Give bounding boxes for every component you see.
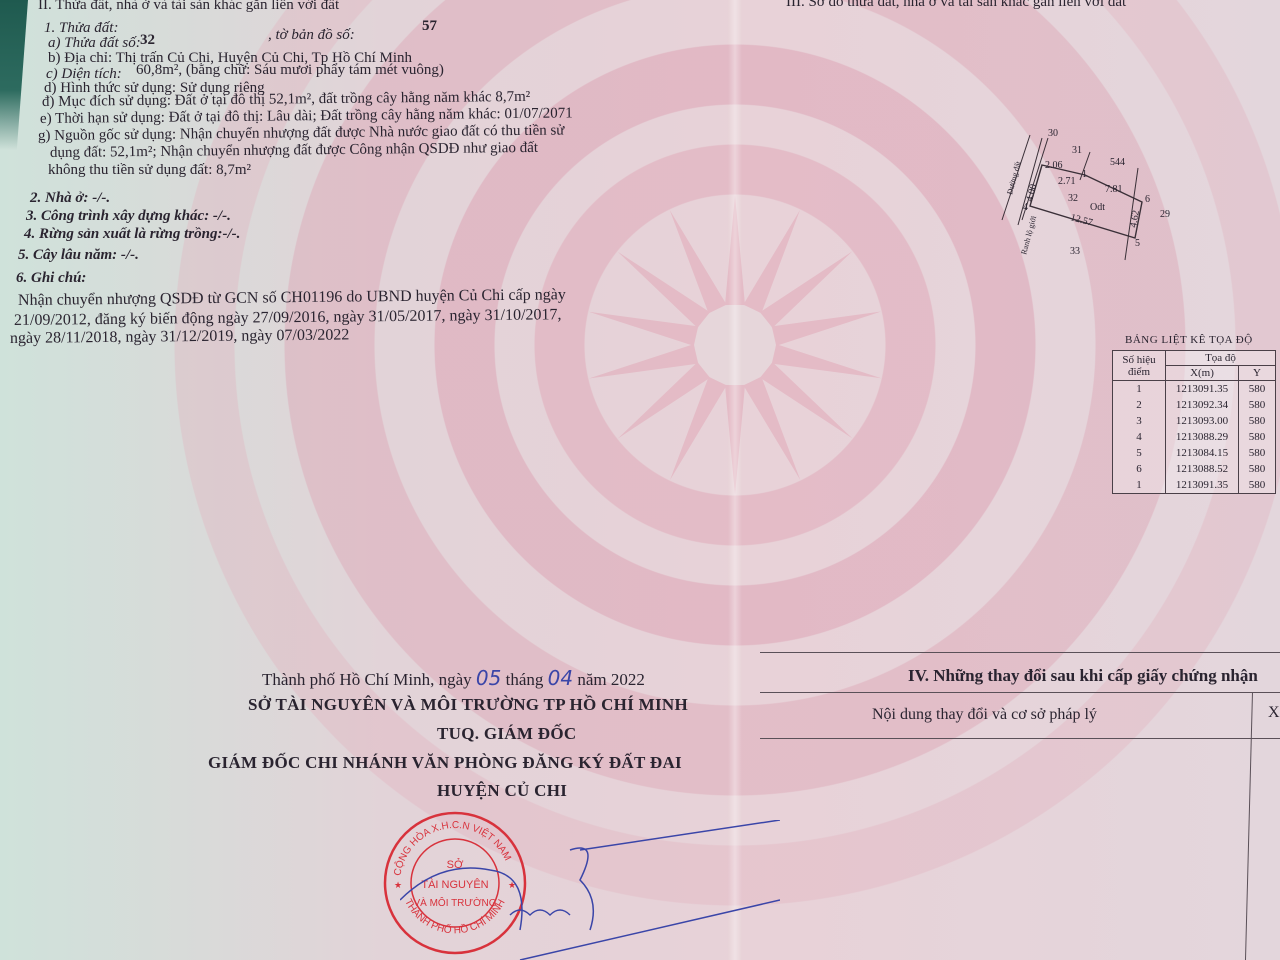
coord-row: 31213093.00580 [1113,413,1276,429]
plot-label-edge-c: 7.81 [1105,184,1123,195]
section3-title: III. Sơ đồ thửa đất, nhà ở và tài sản kh… [786,0,1126,11]
coord-cell-y: 580 [1239,413,1276,429]
section2-title: II. Thửa đất, nhà ở và tài sản khác gắn … [38,0,339,14]
coord-cell-x: 1213084.15 [1166,445,1239,461]
coord-cell-x: 1213093.00 [1166,413,1239,429]
plot-label-neighbor-544: 544 [1110,157,1125,168]
notes-heading: 6. Ghi chú: [16,270,86,287]
coord-cell-y: 580 [1239,477,1276,494]
date-year-label: năm [577,670,606,689]
coord-cell-x: 1213091.35 [1166,381,1239,398]
coord-col-point: Số hiệu điểm [1113,351,1166,381]
plot-label-land-code: Odt [1090,202,1105,213]
coord-cell-point: 5 [1113,445,1166,461]
coord-row: 61213088.52580 [1113,461,1276,477]
coord-cell-point: 1 [1113,381,1166,398]
section4-changes: IV. Những thay đổi sau khi cấp giấy chứn… [760,652,1280,960]
page-fold [728,0,742,960]
coord-col-y: Y [1239,366,1276,381]
coord-col-coord: Tọa độ [1166,351,1276,366]
coord-col-x: X(m) [1166,366,1239,381]
issuing-agency: SỞ TÀI NGUYÊN VÀ MÔI TRƯỜNG TP HỒ CHÍ MI… [248,695,688,715]
svg-text:SỞ: SỞ [447,858,464,871]
coord-cell-x: 1213088.52 [1166,461,1239,477]
coord-cell-point: 2 [1113,397,1166,413]
origin-line-3: không thu tiền sử dụng đất: 8,7m² [48,162,251,179]
coord-cell-x: 1213088.29 [1166,429,1239,445]
coord-table-body: 11213091.3558021213092.3458031213093.005… [1113,381,1276,494]
coord-cell-y: 580 [1239,381,1276,398]
coord-row: 21213092.34580 [1113,397,1276,413]
section4-row-rule [760,738,1280,739]
plot-road-label: Đường đất [1005,159,1023,195]
section4-header-rule [760,692,1280,693]
coord-row: 11213091.35580 [1113,381,1276,398]
map-sheet-number: 57 [422,18,437,35]
signer-position: GIÁM ĐỐC CHI NHÁNH VĂN PHÒNG ĐĂNG KÝ ĐẤT… [208,753,682,773]
date-day: 05 [476,666,501,690]
coord-cell-x: 1213091.35 [1166,477,1239,494]
coord-cell-y: 580 [1239,461,1276,477]
svg-text:★: ★ [394,880,402,890]
coord-cell-y: 580 [1239,445,1276,461]
svg-text:★: ★ [508,880,516,890]
house-item: 2. Nhà ở: -/-. [30,190,110,207]
section4-top-rule [760,652,1280,653]
coord-cell-x: 1213092.34 [1166,397,1239,413]
coord-row: 51213084.15580 [1113,445,1276,461]
section4-column-divider [1245,692,1253,960]
other-construction-item: 3. Công trình xây dựng khác: -/-. [26,208,231,225]
date-year: 2022 [611,670,645,689]
plot-point-4: 4 [1023,202,1028,213]
notes-line-3: ngày 28/11/2018, ngày 31/12/2019, ngày 0… [10,326,350,347]
section4-title: IV. Những thay đổi sau khi cấp giấy chứn… [908,666,1258,686]
plot-label-parcel: 32 [1068,193,1078,204]
svg-text:TÀI NGUYÊN: TÀI NGUYÊN [421,878,488,891]
production-forest-item: 4. Rừng sản xuất là rừng trồng:-/-. [24,226,240,243]
coord-cell-point: 6 [1113,461,1166,477]
coord-row: 11213091.35580 [1113,477,1276,494]
signing-date: Thành phố Hồ Chí Minh, ngày 05 tháng 04 … [262,666,645,690]
coord-cell-point: 4 [1113,429,1166,445]
coord-cell-y: 580 [1239,397,1276,413]
date-month: 04 [548,666,573,690]
coord-cell-point: 3 [1113,413,1166,429]
plot-label-neighbor-31: 31 [1072,145,1082,156]
date-month-label: tháng [506,670,544,689]
plot-label-edge-d: 12.57 [1069,212,1094,228]
parcel-plot-diagram: 30 31 544 29 33 32 Odt 2.06 2.71 7.81 12… [990,120,1190,270]
plot-label-edge-b: 2.71 [1058,176,1076,187]
coord-row: 41213088.29580 [1113,429,1276,445]
plot-label-edge-e: 4.62 [1128,209,1142,228]
plot-label-edge-a: 2.06 [1045,160,1063,171]
coord-cell-point: 1 [1113,477,1166,494]
perennial-trees-item: 5. Cây lâu năm: -/-. [18,247,139,264]
district-name: HUYỆN CỦ CHI [437,781,567,801]
proxy-title: TUQ. GIÁM ĐỐC [437,724,576,744]
coord-table-title: BẢNG LIỆT KÊ TỌA ĐỘ [1125,334,1253,346]
svg-text:VÀ MÔI TRƯỜNG: VÀ MÔI TRƯỜNG [413,896,496,909]
official-stamp-icon: CỘNG HÒA X.H.C.N VIỆT NAM THÀNH PHỐ HỒ C… [380,808,530,958]
section4-col-content: Nội dung thay đổi và cơ sở pháp lý [872,706,1097,724]
map-sheet-label: , tờ bản đồ số: [268,27,355,44]
coord-table: Số hiệu điểm Tọa độ X(m) Y 11213091.3558… [1112,350,1276,494]
plot-point-5: 5 [1135,238,1140,249]
section4-col-confirm: X [1268,704,1280,722]
plot-point-1: 1 [1082,169,1087,180]
date-prefix: Thành phố Hồ Chí Minh, ngày [262,670,472,689]
plot-label-neighbor-30: 30 [1048,128,1058,139]
area-value: 60,8m², (bằng chữ: Sáu mươi phẩy tám mét… [136,62,444,79]
plot-label-neighbor-29: 29 [1160,209,1170,220]
plot-canal-label: Ranh lộ giới [1019,214,1038,256]
plot-label-edge-f: 4.00 [1024,183,1039,203]
plot-point-6: 6 [1145,194,1150,205]
plot-label-neighbor-33: 33 [1070,246,1080,257]
coord-cell-y: 580 [1239,429,1276,445]
parcel-number: 32 [140,32,155,49]
